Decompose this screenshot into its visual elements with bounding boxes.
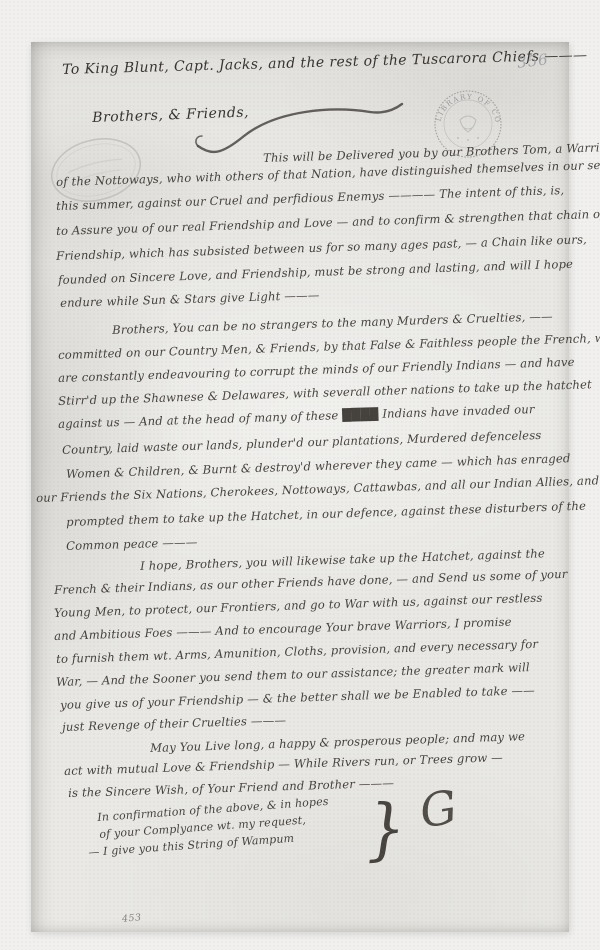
closing-brace: } [365, 795, 407, 863]
folio-number: 356 [516, 50, 550, 72]
leaf-number: 453 [122, 912, 143, 925]
manuscript-scan: LIBRARY OF CONGRESS To King Blunt, Capt.… [0, 0, 600, 950]
signature-initial: G [417, 783, 460, 834]
